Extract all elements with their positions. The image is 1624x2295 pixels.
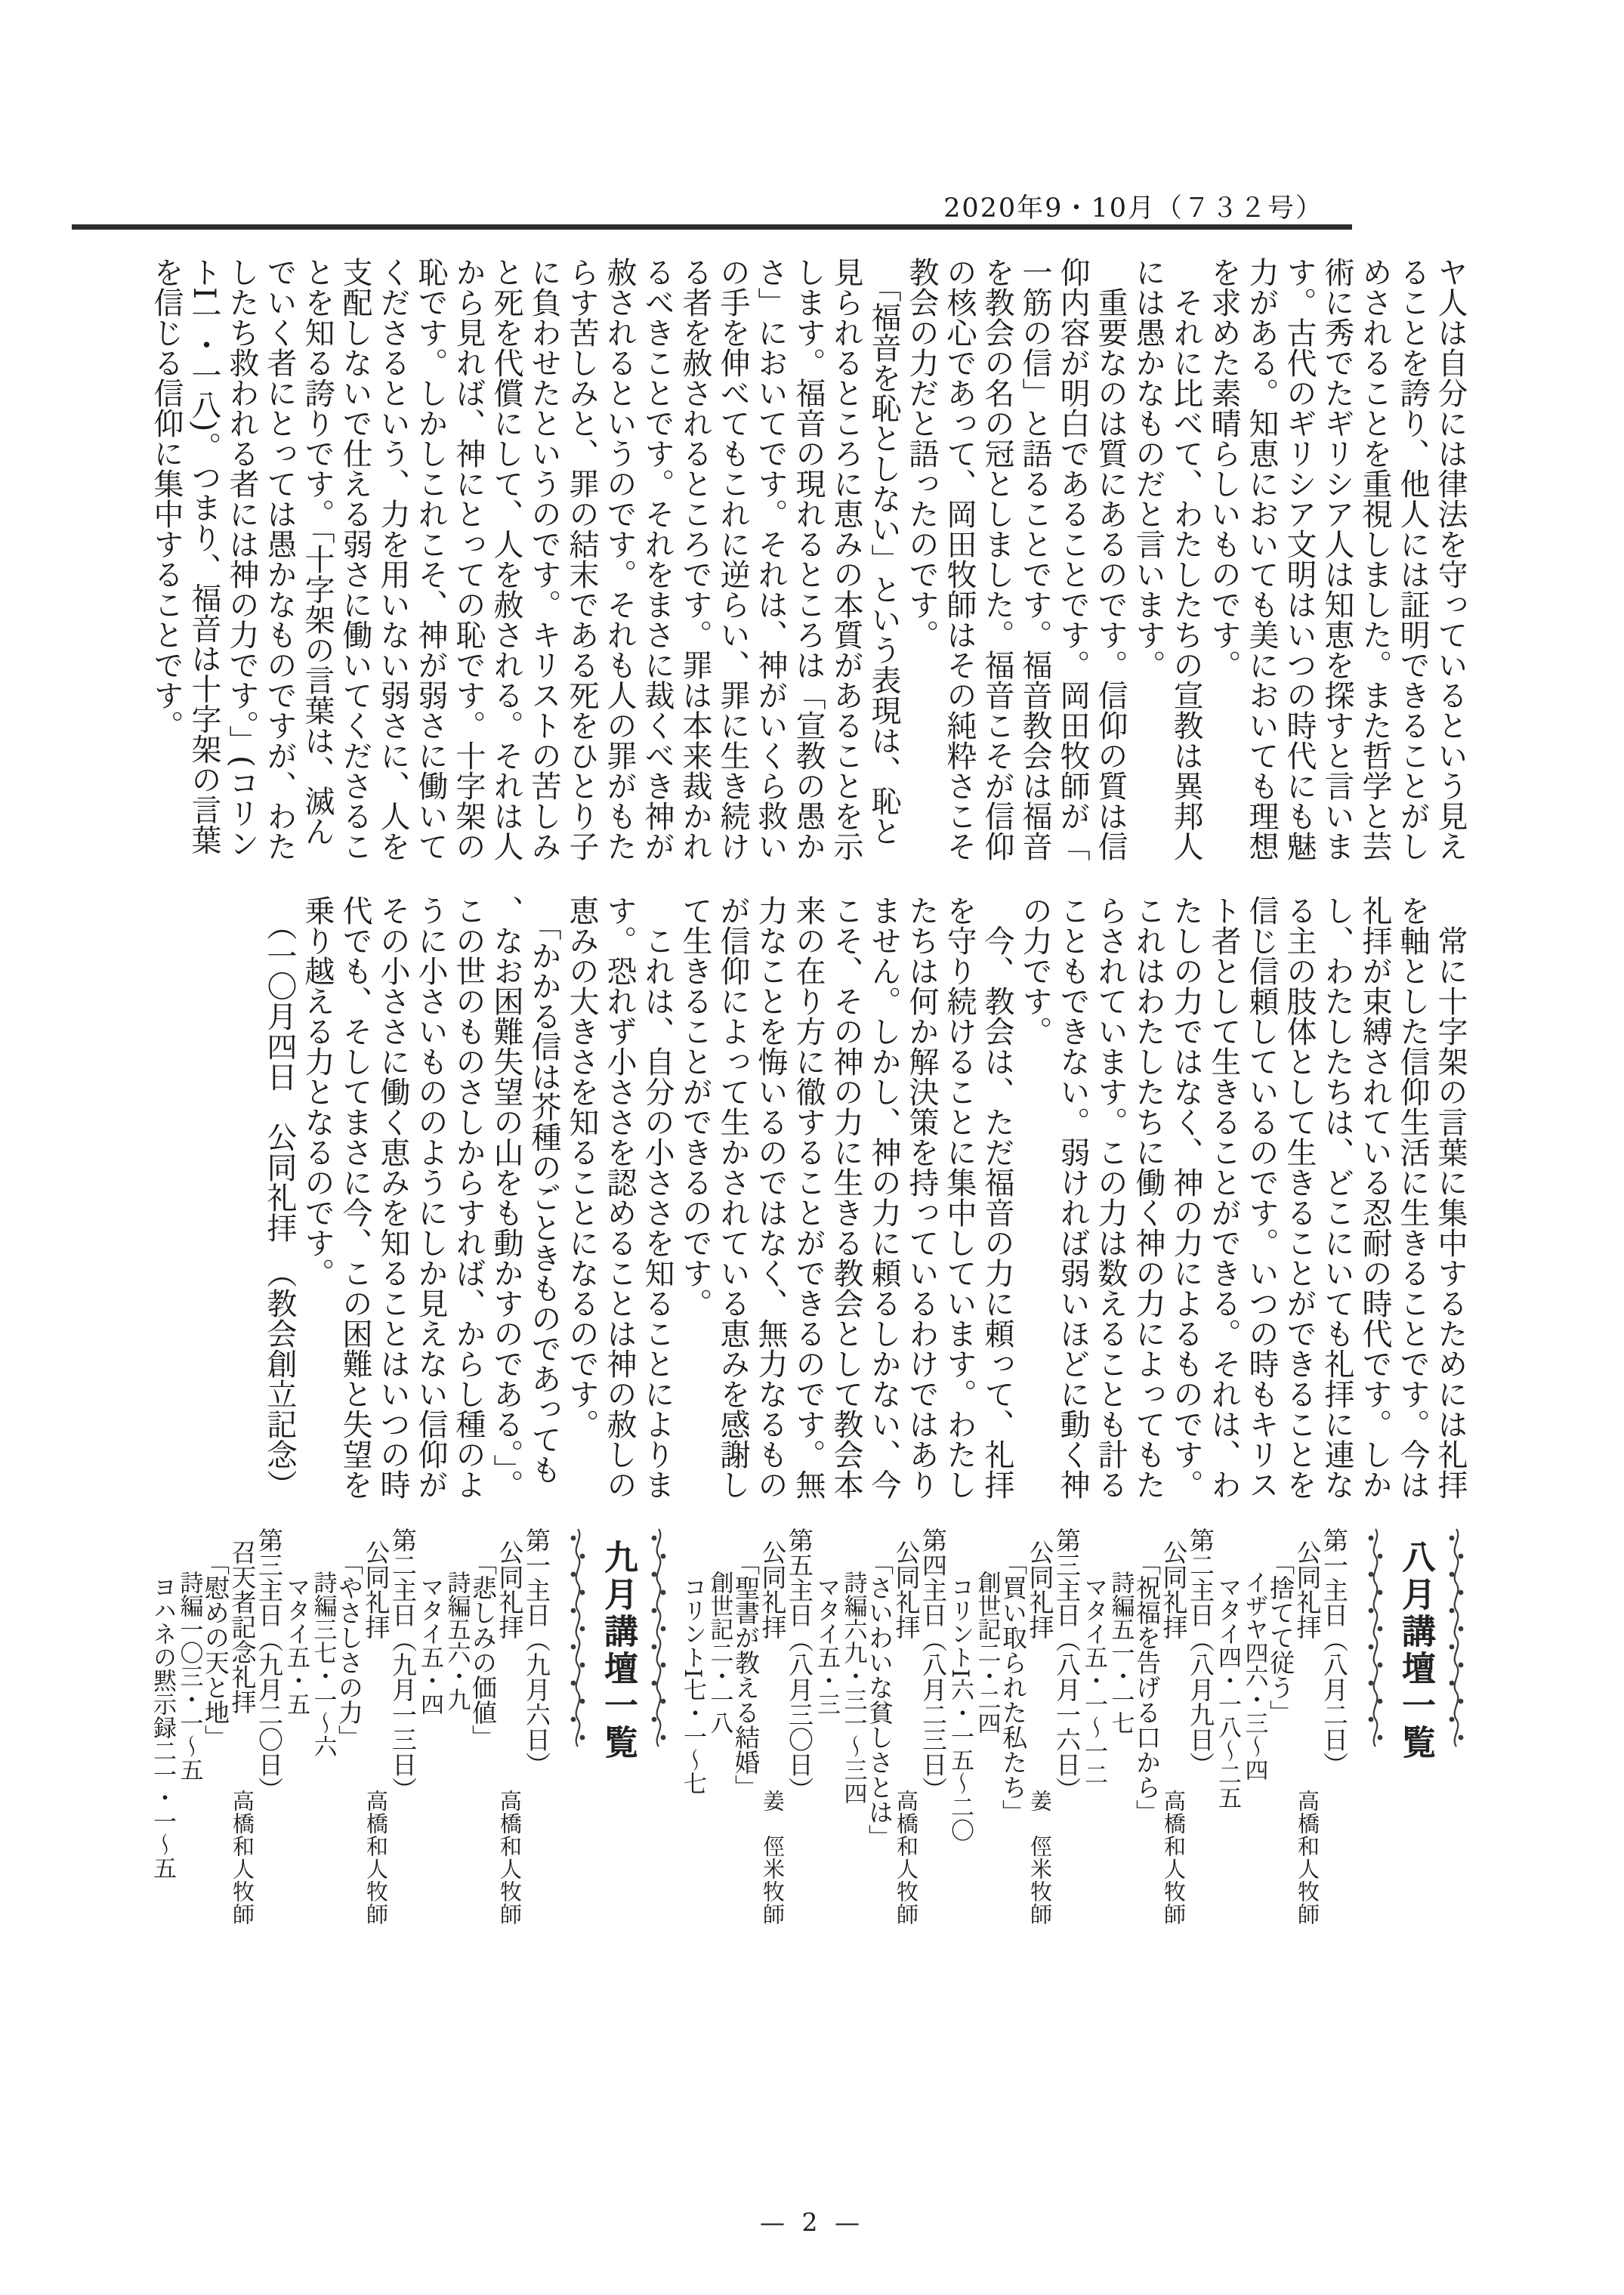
september-title-group: 九月講壇一覧 bbox=[570, 1527, 667, 1762]
entry-scripture: 創世記二・二四 bbox=[973, 1527, 1000, 1973]
article-paragraph: 「かかる信は芥種のごときものであっても、なお困難失望の山をも動かすのである。」。… bbox=[298, 895, 563, 1500]
entry-pastor: 高橋和人牧師 bbox=[894, 1790, 918, 1926]
entry-scripture: 詩編五一・一七 bbox=[1107, 1527, 1134, 1973]
entry-scripture: ヨハネの黙示録二一・一〜五 bbox=[149, 1527, 176, 1973]
august-title: 八月講壇一覧 bbox=[1391, 1540, 1440, 1762]
entry-week: 第三主日（九月二〇日） bbox=[256, 1527, 283, 1973]
pulpit-entry: 第一主日（八月二日） 公同礼拝 「捨てて従う」 イザヤ四六・三〜四マタイ四・一八… bbox=[1214, 1527, 1348, 1973]
issue-date: 2020年9・10月（７３２号） bbox=[943, 187, 1323, 225]
vine-ornament bbox=[650, 1527, 667, 1754]
pulpit-entry: 第二主日（九月一三日） 公同礼拝 「やさしさの力」 詩編三七・一〜六マタイ五・五… bbox=[283, 1527, 416, 1973]
entry-week: 第二主日（八月九日） bbox=[1187, 1527, 1215, 1973]
entry-pastor: 高橋和人牧師 bbox=[498, 1790, 521, 1926]
article-paragraph: 重要なのは質にあるのです。信仰の質は信仰内容が明白であることです。岡田牧師が「一… bbox=[903, 257, 1129, 861]
article-paragraph: これは、自分の小ささを知ることによります。恐れず小ささを認めることは神の赦しの恵… bbox=[563, 895, 676, 1500]
entry-week: 第一主日（八月二日） bbox=[1321, 1527, 1348, 1973]
newsletter-page: 2020年9・10月（７３２号） ヤ人は自分には律法を守っているという見えること… bbox=[0, 0, 1624, 2295]
vine-ornament bbox=[1367, 1527, 1384, 1754]
entry-week: 第一主日（九月六日） bbox=[523, 1527, 551, 1973]
article-paragraph: ヤ人は自分には律法を守っているという見えることを誇り、他人には証明できることがし… bbox=[1205, 257, 1469, 861]
pulpit-entry: 第二主日（八月九日） 公同礼拝 「祝福を告げる口から」 詩編五一・一七マタイ五・… bbox=[1080, 1527, 1214, 1973]
entry-scripture: 詩編六九・三一〜三四 bbox=[839, 1527, 866, 1973]
entry-scripture: マタイ五・一〜一二 bbox=[1080, 1527, 1107, 1973]
entry-sermon-title: 「聖書が教える結婚」 bbox=[733, 1527, 760, 1973]
entry-scripture: マタイ五・三 bbox=[813, 1527, 840, 1973]
entry-scripture: コリントI七・一〜七 bbox=[679, 1527, 706, 1973]
pulpit-entry: 第四主日（八月二三日） 公同礼拝 「さいわいな貧しさとは」 詩編六九・三一〜三四… bbox=[813, 1527, 946, 1973]
september-title: 九月講壇一覧 bbox=[594, 1540, 643, 1762]
entry-scripture: コリントI六・一五〜二〇 bbox=[946, 1527, 974, 1973]
entry-week: 第二主日（九月一三日） bbox=[390, 1527, 417, 1973]
entry-sermon-title: 「やさしさの力」 bbox=[336, 1527, 363, 1973]
entry-scripture: マタイ五・五 bbox=[283, 1527, 310, 1973]
entry-week: 第三主日（八月一六日） bbox=[1054, 1527, 1081, 1973]
entry-sermon-title: 「買い取られた私たち」 bbox=[1000, 1527, 1027, 1973]
entry-pastor: 姜 俓米牧師 bbox=[761, 1790, 784, 1926]
article-part1: ヤ人は自分には律法を守っているという見えることを誇り、他人には証明できることがし… bbox=[147, 257, 1469, 861]
entry-sermon-title: 「悲しみの価値」 bbox=[470, 1527, 497, 1973]
entry-pastor: 姜 俓米牧師 bbox=[1028, 1790, 1051, 1926]
entry-scripture: イザヤ四六・三〜四 bbox=[1240, 1527, 1267, 1973]
entry-scripture: マタイ四・一八〜二五 bbox=[1214, 1527, 1241, 1973]
article-paragraph: 常に十字架の言葉に集中するためには礼拝を軸とした信仰生活に生きることです。今は礼… bbox=[1016, 895, 1469, 1500]
entry-pastor: 高橋和人牧師 bbox=[230, 1790, 254, 1926]
entry-week: 第五主日（八月三〇日） bbox=[786, 1527, 814, 1973]
entry-scripture: 創世記二・一八 bbox=[705, 1527, 733, 1973]
article-part2: 常に十字架の言葉に集中するためには礼拝を軸とした信仰生活に生きることです。今は礼… bbox=[261, 895, 1469, 1500]
article-paragraph: 「福音を恥としない」という表現は、恥と見られるところに恵みの本質があることを示し… bbox=[147, 257, 903, 861]
pulpit-entry: 第五主日（八月三〇日） 公同礼拝 「聖書が教える結婚」 創世記二・一八コリントI… bbox=[679, 1527, 813, 1973]
article-paragraph: （一〇月四日 公同礼拝 （教会創立記念） bbox=[261, 895, 298, 1500]
entry-scripture: マタイ五・四 bbox=[416, 1527, 443, 1973]
page-number: — 2 — bbox=[0, 2207, 1624, 2237]
entry-pastor: 高橋和人牧師 bbox=[1162, 1790, 1185, 1926]
entry-week: 第四主日（八月二三日） bbox=[920, 1527, 947, 1973]
entry-sermon-title: 「慰めの天と地」 bbox=[202, 1527, 230, 1973]
entry-pastor: 高橋和人牧師 bbox=[364, 1790, 387, 1926]
vine-ornament bbox=[570, 1527, 586, 1754]
entry-pastor: 高橋和人牧師 bbox=[1295, 1790, 1319, 1926]
august-title-group: 八月講壇一覧 bbox=[1367, 1527, 1465, 1762]
vine-ornament bbox=[1448, 1527, 1465, 1754]
article-paragraph: 今、教会は、ただ福音の力に頼って、礼拝を守り続けることに集中しています。わたした… bbox=[676, 895, 1016, 1500]
article-paragraph: それに比べて、わたしたちの宣教は異邦人には愚かなものだと言います。 bbox=[1129, 257, 1205, 861]
entry-sermon-title: 「さいわいな貧しさとは」 bbox=[866, 1527, 894, 1973]
header-rule bbox=[72, 224, 1352, 230]
pulpit-entry: 第一主日（九月六日） 公同礼拝 「悲しみの価値」 詩編五六・九マタイ五・四 高橋… bbox=[416, 1527, 550, 1973]
pulpit-entry: 第三主日（八月一六日） 公同礼拝 「買い取られた私たち」 創世記二・二四コリント… bbox=[946, 1527, 1080, 1973]
entry-scripture: 詩編一〇三・一〜五 bbox=[175, 1527, 202, 1973]
entry-sermon-title: 「捨てて従う」 bbox=[1267, 1527, 1295, 1973]
entry-scripture: 詩編三七・一〜六 bbox=[309, 1527, 336, 1973]
pulpit-entry: 第三主日（九月二〇日） 召天者記念礼拝 「慰めの天と地」 詩編一〇三・一〜五ヨハ… bbox=[149, 1527, 283, 1973]
pulpit-schedule-section: 八月講壇一覧 第一主日（八月二日） 公同礼拝 「捨てて従う」 イザヤ四六・三〜四… bbox=[149, 1527, 1477, 1981]
entry-sermon-title: 「祝福を告げる口から」 bbox=[1134, 1527, 1161, 1973]
entry-scripture: 詩編五六・九 bbox=[443, 1527, 470, 1973]
